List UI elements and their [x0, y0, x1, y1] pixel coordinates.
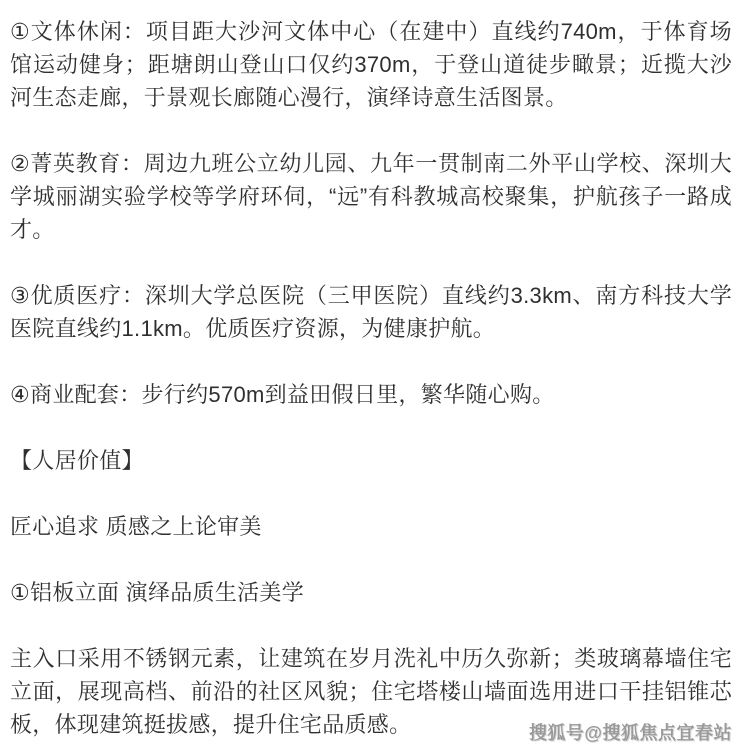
paragraph-elite-education: ②菁英教育：周边九班公立幼儿园、九年一贯制南二外平山学校、深圳大学城丽湖实验学校… [10, 147, 732, 246]
heading-living-value: 【人居价值】 [10, 444, 732, 477]
article-page: ①文体休闲：项目距大沙河文体中心（在建中）直线约740m，于体育场馆运动健身；距… [0, 0, 740, 750]
paragraph-commercial-facilities: ④商业配套：步行约570m到益田假日里，繁华随心购。 [10, 378, 732, 411]
paragraph-quality-medical: ③优质医疗：深圳大学总医院（三甲医院）直线约3.3km、南方科技大学医院直线约1… [10, 279, 732, 345]
subheading-aluminum-facade: ①铝板立面 演绎品质生活美学 [10, 576, 732, 609]
paragraph-culture-sports-leisure: ①文体休闲：项目距大沙河文体中心（在建中）直线约740m，于体育场馆运动健身；距… [10, 15, 732, 114]
tagline-craftsmanship-aesthetics: 匠心追求 质感之上论审美 [10, 510, 732, 543]
sohu-watermark: 搜狐号@搜狐焦点宜春站 [529, 719, 732, 745]
